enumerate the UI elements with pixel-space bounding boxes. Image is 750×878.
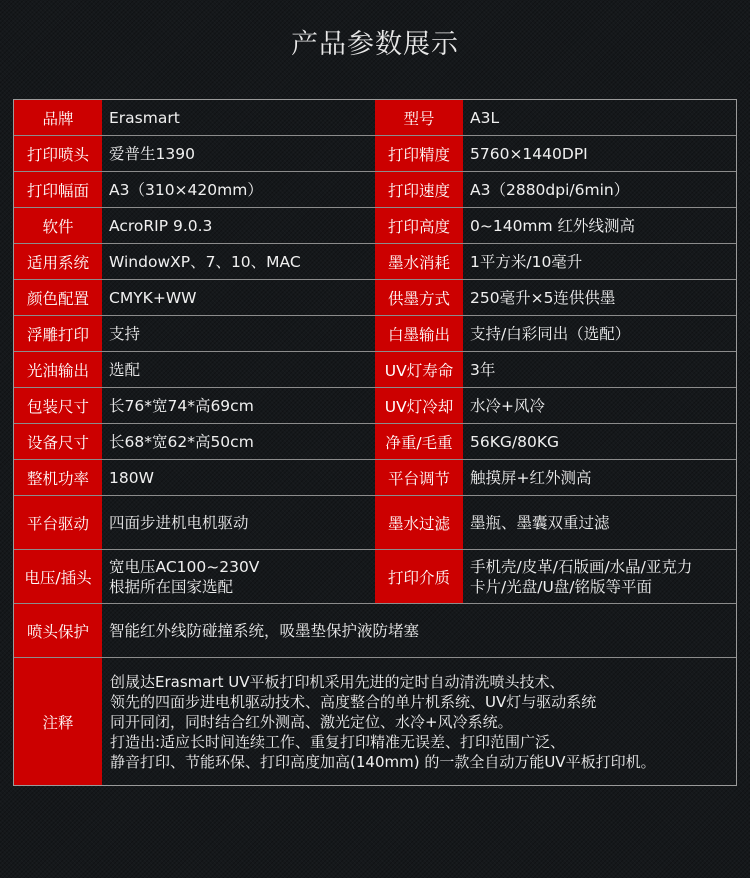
spec-value: 水冷+风冷: [463, 388, 736, 423]
page-title: 产品参数展示: [0, 22, 750, 61]
spec-value: AcroRIP 9.0.3: [102, 208, 375, 243]
table-row: 打印幅面A3（310×420mm） 打印速度A3（2880dpi/6min）: [14, 172, 736, 208]
spec-label: 打印高度: [375, 208, 463, 243]
spec-value: 支持/白彩同出（选配）: [463, 316, 736, 351]
spec-value: 手机壳/皮革/石版画/水晶/亚克力 卡片/光盘/U盘/铭版等平面: [463, 550, 736, 603]
spec-value: 250毫升×5连供供墨: [463, 280, 736, 315]
spec-value: A3（2880dpi/6min）: [463, 172, 736, 207]
table-row: 颜色配置CMYK+WW 供墨方式250毫升×5连供供墨: [14, 280, 736, 316]
spec-value-line: 宽电压AC100~230V: [109, 557, 259, 577]
spec-label: 品牌: [14, 100, 102, 135]
spec-label: 打印幅面: [14, 172, 102, 207]
spec-value: 长76*宽74*高69cm: [102, 388, 375, 423]
spec-label: 包装尺寸: [14, 388, 102, 423]
spec-label: 浮雕打印: [14, 316, 102, 351]
spec-value: 长68*宽62*高50cm: [102, 424, 375, 459]
table-row: 设备尺寸长68*宽62*高50cm 净重/毛重56KG/80KG: [14, 424, 736, 460]
note-text: 创晟达Erasmart UV平板打印机采用先进的定时自动清洗喷头技术、 领先的四…: [102, 658, 736, 785]
spec-value: 智能红外线防碰撞系统，吸墨垫保护液防堵塞: [102, 604, 736, 657]
spec-label: 平台驱动: [14, 496, 102, 549]
spec-label: 打印速度: [375, 172, 463, 207]
note-line: 创晟达Erasmart UV平板打印机采用先进的定时自动清洗喷头技术、: [110, 672, 565, 692]
table-row: 平台驱动四面步进机电机驱动 墨水过滤墨瓶、墨囊双重过滤: [14, 496, 736, 550]
spec-value: 180W: [102, 460, 375, 495]
spec-value: 支持: [102, 316, 375, 351]
spec-value: 四面步进机电机驱动: [102, 496, 375, 549]
table-row: 包装尺寸长76*宽74*高69cm UV灯冷却水冷+风冷: [14, 388, 736, 424]
spec-label: 平台调节: [375, 460, 463, 495]
table-row-nozzle-protection: 喷头保护 智能红外线防碰撞系统，吸墨垫保护液防堵塞: [14, 604, 736, 658]
spec-value: 1平方米/10毫升: [463, 244, 736, 279]
spec-value: 触摸屏+红外测高: [463, 460, 736, 495]
note-line: 同开同闭，同时结合红外测高、激光定位、水冷+风冷系统。: [110, 712, 513, 732]
spec-label: 打印喷头: [14, 136, 102, 171]
spec-value-line: 卡片/光盘/U盘/铭版等平面: [470, 577, 652, 597]
spec-label: 墨水消耗: [375, 244, 463, 279]
note-line: 打造出:适应长时间连续工作、重复打印精准无误差、打印范围广泛、: [110, 732, 565, 752]
note-line: 领先的四面步进电机驱动技术、高度整合的单片机系统、UV灯与驱动系统: [110, 692, 596, 712]
table-row: 软件AcroRIP 9.0.3 打印高度0~140mm 红外线测高: [14, 208, 736, 244]
spec-label: 整机功率: [14, 460, 102, 495]
table-row-power-media: 电压/插头 宽电压AC100~230V 根据所在国家选配 打印介质 手机壳/皮革…: [14, 550, 736, 604]
spec-value: 3年: [463, 352, 736, 387]
spec-label: UV灯冷却: [375, 388, 463, 423]
table-row: 打印喷头爱普生1390 打印精度5760×1440DPI: [14, 136, 736, 172]
spec-value: CMYK+WW: [102, 280, 375, 315]
spec-value: 选配: [102, 352, 375, 387]
spec-table: 品牌Erasmart 型号A3L 打印喷头爱普生1390 打印精度5760×14…: [13, 99, 737, 786]
spec-value: Erasmart: [102, 100, 375, 135]
table-row: 适用系统WindowXP、7、10、MAC 墨水消耗1平方米/10毫升: [14, 244, 736, 280]
spec-value: 5760×1440DPI: [463, 136, 736, 171]
spec-label: 适用系统: [14, 244, 102, 279]
spec-label: 电压/插头: [14, 550, 102, 603]
spec-value: WindowXP、7、10、MAC: [102, 244, 375, 279]
note-line: 静音打印、节能环保、打印高度加高(140mm) 的一款全自动万能UV平板打印机。: [110, 752, 656, 772]
spec-label: 软件: [14, 208, 102, 243]
spec-label: 注释: [14, 658, 102, 785]
spec-value: 0~140mm 红外线测高: [463, 208, 736, 243]
spec-value: 墨瓶、墨囊双重过滤: [463, 496, 736, 549]
spec-value-line: 手机壳/皮革/石版画/水晶/亚克力: [470, 557, 692, 577]
spec-label: 光油输出: [14, 352, 102, 387]
spec-label: 打印精度: [375, 136, 463, 171]
spec-label: 净重/毛重: [375, 424, 463, 459]
spec-label: 喷头保护: [14, 604, 102, 657]
spec-value: 爱普生1390: [102, 136, 375, 171]
table-row: 光油输出选配 UV灯寿命3年: [14, 352, 736, 388]
spec-value: 56KG/80KG: [463, 424, 736, 459]
spec-value-line: 根据所在国家选配: [109, 577, 233, 597]
spec-label: 型号: [375, 100, 463, 135]
spec-label: 白墨输出: [375, 316, 463, 351]
spec-value: A3L: [463, 100, 736, 135]
table-row: 整机功率180W 平台调节触摸屏+红外测高: [14, 460, 736, 496]
spec-label: 颜色配置: [14, 280, 102, 315]
spec-label: 供墨方式: [375, 280, 463, 315]
table-row: 品牌Erasmart 型号A3L: [14, 100, 736, 136]
spec-label: 设备尺寸: [14, 424, 102, 459]
spec-label: UV灯寿命: [375, 352, 463, 387]
table-row-note: 注释 创晟达Erasmart UV平板打印机采用先进的定时自动清洗喷头技术、 领…: [14, 658, 736, 785]
spec-label: 墨水过滤: [375, 496, 463, 549]
table-row: 浮雕打印支持 白墨输出支持/白彩同出（选配）: [14, 316, 736, 352]
spec-label: 打印介质: [375, 550, 463, 603]
spec-value: 宽电压AC100~230V 根据所在国家选配: [102, 550, 375, 603]
spec-value: A3（310×420mm）: [102, 172, 375, 207]
